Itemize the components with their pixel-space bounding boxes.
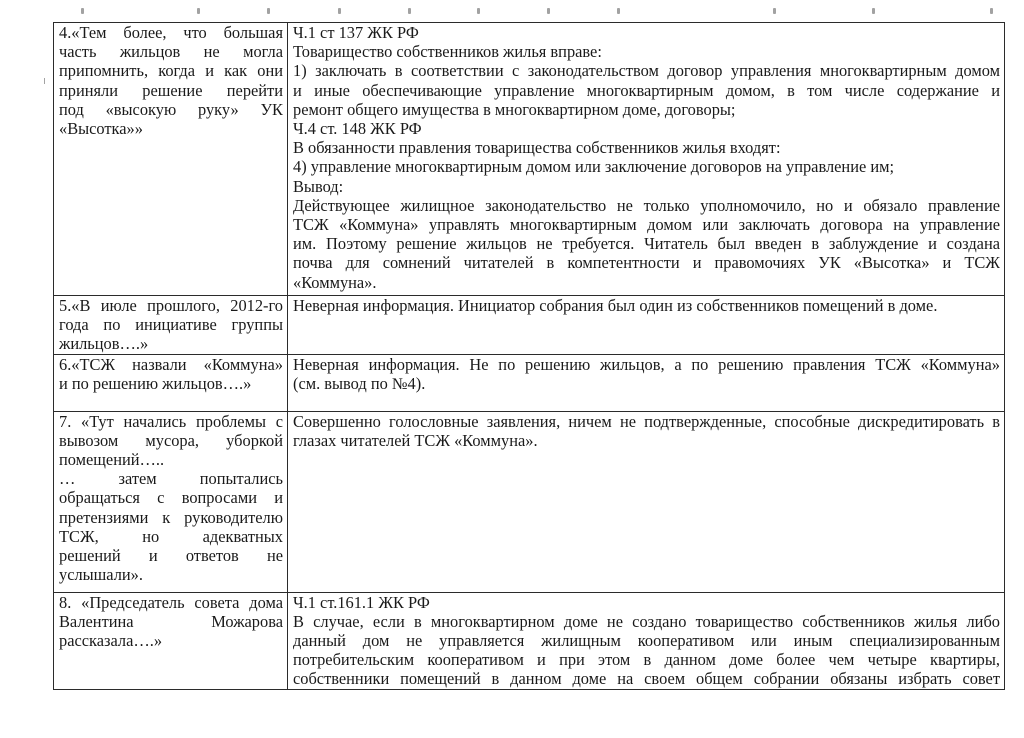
response-line: им. Поэтому решение жильцов не требуется… [293, 234, 1000, 253]
scan-mark [44, 78, 45, 84]
response-line: Действующее жилищное законодательство не… [293, 196, 1000, 215]
scan-mark [773, 8, 776, 14]
scan-mark [477, 8, 480, 14]
quote-line: под «высокую руку» УК [59, 100, 283, 119]
response-cell: Неверная информация. Инициатор собрания … [288, 296, 1005, 355]
scan-mark [617, 8, 620, 14]
quote-line: помещений….. [59, 450, 283, 469]
table-row: 7. «Тут начались проблемы свывозом мусор… [54, 411, 1005, 592]
response-line: и иные обеспечивающие управление многокв… [293, 81, 1000, 100]
quote-line: Валентина Можарова [59, 612, 283, 631]
quote-line: жильцов….» [59, 334, 283, 353]
response-line: Вывод: [293, 177, 1000, 196]
response-line: «Коммуна». [293, 273, 1000, 292]
quote-line: 7. «Тут начались проблемы с [59, 412, 283, 431]
quote-line: обращаться с вопросами и [59, 488, 283, 507]
quote-line: 8. «Председатель совета дома [59, 593, 283, 612]
table-row: 4.«Тем более, что большаячасть жильцов н… [54, 23, 1005, 296]
response-line: почва для сомнений читателей в компетент… [293, 253, 1000, 272]
table-row: 5.«В июле прошлого, 2012-гогода по иници… [54, 296, 1005, 355]
response-line: В обязанности правления товарищества соб… [293, 138, 1000, 157]
response-line: В случае, если в многоквартирном доме не… [293, 612, 1000, 631]
response-line: ТСЖ «Коммуна» управлять многоквартирным … [293, 215, 1000, 234]
scan-mark [990, 8, 993, 14]
quote-line: часть жильцов не могла [59, 42, 283, 61]
scan-mark [408, 8, 411, 14]
response-line: Совершенно голословные заявления, ничем … [293, 412, 1000, 431]
quote-cell: 8. «Председатель совета домаВалентина Мо… [54, 592, 288, 689]
quote-line: и по решению жильцов….» [59, 374, 283, 393]
rebuttal-table: 4.«Тем более, что большаячасть жильцов н… [53, 22, 1005, 690]
response-line: ремонт общего имущества в многоквартирно… [293, 100, 1000, 119]
quote-line: «Высотка»» [59, 119, 283, 138]
response-line: собственники помещений в данном доме на … [293, 669, 1000, 688]
quote-line: вывозом мусора, уборкой [59, 431, 283, 450]
response-line: Неверная информация. Не по решению жильц… [293, 355, 1000, 374]
quote-line: решений и ответов не [59, 546, 283, 565]
response-cell: Ч.1 ст 137 ЖК РФТоварищество собственник… [288, 23, 1005, 296]
scan-mark [197, 8, 200, 14]
response-line: Ч.4 ст. 148 ЖК РФ [293, 119, 1000, 138]
quote-cell: 4.«Тем более, что большаячасть жильцов н… [54, 23, 288, 296]
quote-line: приняли решение перейти [59, 81, 283, 100]
scan-mark [872, 8, 875, 14]
response-line: Ч.1 ст 137 ЖК РФ [293, 23, 1000, 42]
quote-line: 6.«ТСЖ назвали «Коммуна» [59, 355, 283, 374]
quote-line: услышали». [59, 565, 283, 584]
response-line: потребительским кооперативом и при этом … [293, 650, 1000, 669]
response-line: Неверная информация. Инициатор собрания … [293, 296, 1000, 315]
quote-cell: 7. «Тут начались проблемы свывозом мусор… [54, 411, 288, 592]
response-line: (см. вывод по №4). [293, 374, 1000, 393]
response-line: Товарищество собственников жилья вправе: [293, 42, 1000, 61]
scan-mark [81, 8, 84, 14]
quote-line: припомнить, когда и как они [59, 61, 283, 80]
response-cell: Неверная информация. Не по решению жильц… [288, 354, 1005, 411]
quote-cell: 5.«В июле прошлого, 2012-гогода по иници… [54, 296, 288, 355]
quote-line: … затем попытались [59, 469, 283, 488]
quote-line: 4.«Тем более, что большая [59, 23, 283, 42]
quote-line: 5.«В июле прошлого, 2012-го [59, 296, 283, 315]
response-cell: Ч.1 ст.161.1 ЖК РФВ случае, если в много… [288, 592, 1005, 689]
quote-line: ТСЖ, но адекватных [59, 527, 283, 546]
response-line: данный дом не управляется жилищным коопе… [293, 631, 1000, 650]
quote-line: рассказала….» [59, 631, 283, 650]
response-line: глазах читателей ТСЖ «Коммуна». [293, 431, 1000, 450]
response-line: 1) заключать в соответствии с законодате… [293, 61, 1000, 80]
table-row: 6.«ТСЖ назвали «Коммуна»и по решению жил… [54, 354, 1005, 411]
quote-line: претензиями к руководителю [59, 508, 283, 527]
response-cell: Совершенно голословные заявления, ничем … [288, 411, 1005, 592]
scan-mark [267, 8, 270, 14]
quote-line: года по инициативе группы [59, 315, 283, 334]
table-row: 8. «Председатель совета домаВалентина Мо… [54, 592, 1005, 689]
response-line: 4) управление многоквартирным домом или … [293, 157, 1000, 176]
scan-mark [547, 8, 550, 14]
quote-cell: 6.«ТСЖ назвали «Коммуна»и по решению жил… [54, 354, 288, 411]
response-line: Ч.1 ст.161.1 ЖК РФ [293, 593, 1000, 612]
scan-mark [338, 8, 341, 14]
